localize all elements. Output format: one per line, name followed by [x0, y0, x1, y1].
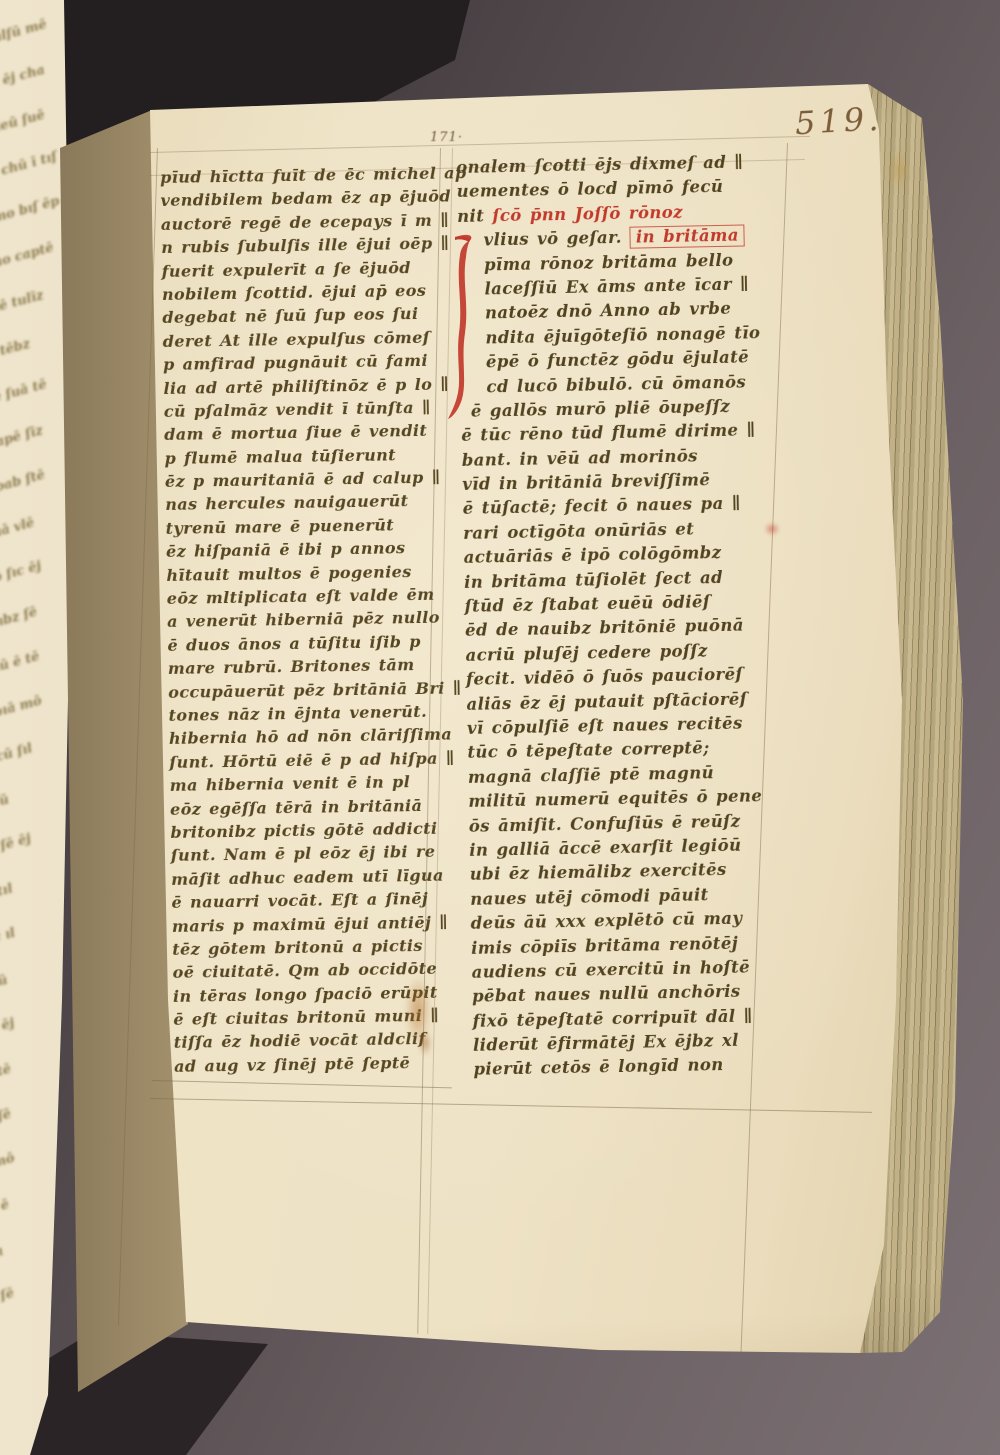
left-column: pīud hīctta fuīt de ēc michel apvendibil… — [160, 163, 462, 1080]
body-text: nit — [457, 206, 493, 226]
rubric-text: in britāma — [630, 225, 745, 249]
red-ink-speckle — [764, 522, 780, 536]
right-column: onalem ſcotti ējs dixmeſ ad ∥uementes ō … — [456, 152, 812, 1085]
rust-stain-small — [418, 1030, 432, 1056]
body-text: vlius vō geſar. — [483, 228, 630, 250]
decorated-initial-glyph — [447, 233, 477, 423]
text-line: ad aug vz ſinēj ptē ſeptē — [174, 1052, 462, 1080]
rubric-text: ſcō p̄nn Joſſō rōnoz — [492, 202, 683, 225]
decorated-initial — [447, 233, 477, 423]
manuscript-photo: nıļım ſtē pıſſadē ılſū mēpoſtē ēj charū … — [0, 0, 1000, 1455]
page-number: 519. — [794, 100, 883, 143]
folio-mark: 171· — [430, 130, 463, 145]
edge-stain — [888, 150, 910, 190]
